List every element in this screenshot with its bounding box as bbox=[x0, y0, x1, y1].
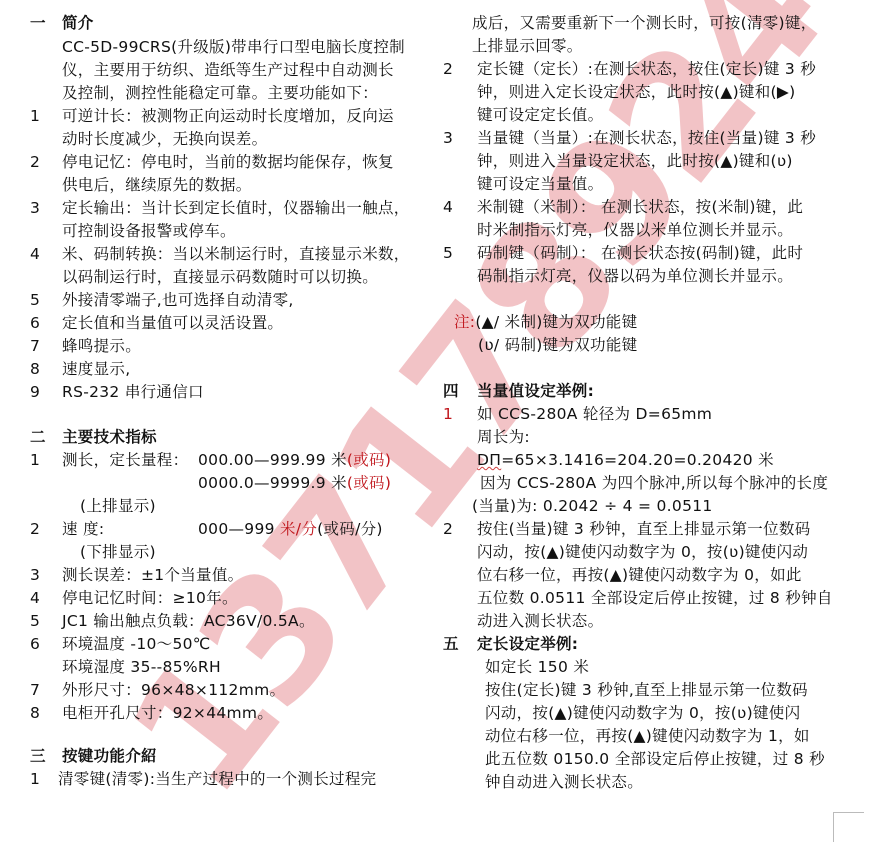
item-number: 2 bbox=[30, 518, 40, 541]
section-5-title: 定长设定举例: bbox=[477, 633, 578, 656]
item-number: 8 bbox=[30, 702, 40, 725]
key-description: 键可设定当量值。 bbox=[477, 173, 603, 196]
section-3-index: 三 bbox=[30, 745, 46, 768]
item-number: 3 bbox=[443, 127, 453, 150]
item-number: 4 bbox=[30, 243, 40, 266]
page-corner-mark bbox=[833, 812, 864, 842]
item-number: 2 bbox=[443, 58, 453, 81]
item-number: 5 bbox=[30, 289, 40, 312]
feature-item: 外接清零端子,也可选择自动清零, bbox=[62, 289, 294, 312]
item-number: 7 bbox=[30, 679, 40, 702]
key-description: 上排显示回零。 bbox=[472, 35, 583, 58]
item-number: 9 bbox=[30, 381, 40, 404]
feature-item: 定长值和当量值可以灵活设置。 bbox=[62, 312, 283, 335]
key-description: 清零键(清零):当生产过程中的一个测长过程完 bbox=[58, 768, 376, 791]
example-line: 如 CCS-280A 轮径为 D=65mm bbox=[477, 403, 712, 426]
item-number: 4 bbox=[443, 196, 453, 219]
key-description: 米制键（米制）： 在测长状态，按(米制)键，此 bbox=[477, 196, 803, 219]
spec-item: 测长误差：±1个当量值。 bbox=[62, 564, 243, 587]
item-number: 3 bbox=[30, 564, 40, 587]
formula-line: DΠ=65×3.1416=204.20=0.20420 米 bbox=[477, 449, 774, 472]
example-line: 钟自动进入测长状态。 bbox=[485, 771, 643, 794]
item-number: 7 bbox=[30, 335, 40, 358]
example-line: 位右移一位，再按(▲)键使闪动数字为 0，如此 bbox=[477, 564, 802, 587]
key-description: 当量键（当量）:在测长状态，按住(当量)键 3 秒 bbox=[477, 127, 816, 150]
feature-item: 供电后，继续原先的数据。 bbox=[62, 174, 252, 197]
example-line: 按住(当量)键 3 秒钟，直至上排显示第一位数码 bbox=[477, 518, 811, 541]
item-number: 2 bbox=[30, 151, 40, 174]
spec-item: 停电记忆时间：≥10年。 bbox=[62, 587, 238, 610]
section-1-title: 简介 bbox=[62, 12, 94, 35]
spec-item: 环境湿度 35--85%RH bbox=[62, 656, 221, 679]
display-note: (下排显示) bbox=[80, 541, 156, 564]
key-description: 码制键（码制）： 在测长状态按(码制)键，此时 bbox=[477, 242, 803, 265]
item-number: 1 bbox=[30, 449, 40, 472]
example-line: 闪动，按(▲)键使闪动数字为 0，按(ʋ)键使闪动 bbox=[477, 541, 808, 564]
example-line: 周长为: bbox=[477, 426, 530, 449]
item-number: 6 bbox=[30, 633, 40, 656]
feature-item: RS-232 串行通信口 bbox=[62, 381, 204, 404]
feature-item: 停电记忆：停电时，当前的数据均能保存，恢复 bbox=[62, 151, 394, 174]
item-number: 6 bbox=[30, 312, 40, 335]
spec-item: JC1 输出触点负载：AC36V/0.5A。 bbox=[62, 610, 315, 633]
spec-item: 外形尺寸：96×48×112mm。 bbox=[62, 679, 285, 702]
note-line: (ʋ/ 码制)键为双功能键 bbox=[478, 334, 637, 357]
section-4-title: 当量值设定举例: bbox=[477, 380, 594, 403]
spec-range: 000.00—999.99 米(或码) bbox=[198, 449, 391, 472]
feature-item: 米、码制转换：当以米制运行时，直接显示米数， bbox=[62, 243, 410, 266]
section-2-title: 主要技术指标 bbox=[62, 426, 157, 449]
feature-item: 可逆计长：被测物正向运动时长度增加，反向运 bbox=[62, 105, 394, 128]
item-number: 1 bbox=[443, 403, 453, 426]
note-line: 注:(▲/ 米制)键为双功能键 bbox=[454, 311, 637, 334]
spec-range: 0000.0—9999.9 米(或码) bbox=[198, 472, 391, 495]
item-number: 2 bbox=[443, 518, 453, 541]
intro-line: 及控制，测控性能稳定可靠。主要功能如下： bbox=[62, 82, 378, 105]
section-3-title: 按键功能介紹 bbox=[62, 745, 157, 768]
example-line: 闪动，按(▲)键使闪动数字为 0，按(ʋ)键使闪 bbox=[485, 702, 800, 725]
example-line: 因为 CCS-280A 为四个脉冲,所以每个脉冲的长度 bbox=[480, 472, 828, 495]
example-line: 动位右移一位，再按(▲)键使闪动数字为 1，如 bbox=[485, 725, 810, 748]
key-description: 成后，又需要重新下一个测长时，可按(清零)键， bbox=[472, 12, 817, 35]
section-1-index: 一 bbox=[30, 12, 46, 35]
item-number: 4 bbox=[30, 587, 40, 610]
intro-line: 仪，主要用于纺织、造纸等生产过程中自动测长 bbox=[62, 59, 394, 82]
item-number: 8 bbox=[30, 358, 40, 381]
intro-line: CC-5D-99CRS(升级版)带串行口型电脑长度控制 bbox=[62, 36, 405, 59]
item-number: 5 bbox=[30, 610, 40, 633]
key-description: 钟，则进入定长设定状态，此时按(▲)键和(▶) bbox=[477, 81, 795, 104]
feature-item: 速度显示, bbox=[62, 358, 130, 381]
example-line: 如定长 150 米 bbox=[485, 656, 589, 679]
section-4-index: 四 bbox=[443, 380, 459, 403]
example-line: 动进入测长状态。 bbox=[477, 610, 603, 633]
feature-item: 可控制设备报警或停车。 bbox=[62, 220, 236, 243]
key-description: 定长键（定长）:在测长状态，按住(定长)键 3 秒 bbox=[477, 58, 816, 81]
example-line: 按住(定长)键 3 秒钟,直至上排显示第一位数码 bbox=[485, 679, 808, 702]
feature-item: 动时长度减少，无换向误差。 bbox=[62, 128, 267, 151]
feature-item: 蜂鸣提示。 bbox=[62, 335, 141, 358]
example-line: 此五位数 0150.0 全部设定后停止按键，过 8 秒 bbox=[485, 748, 825, 771]
key-description: 钟，则进入当量设定状态，此时按(▲)键和(ʋ) bbox=[477, 150, 793, 173]
display-note: (上排显示) bbox=[80, 495, 156, 518]
example-line: 五位数 0.0511 全部设定后停止按键，过 8 秒钟自 bbox=[477, 587, 833, 610]
section-5-index: 五 bbox=[443, 633, 459, 656]
spec-speed: 000—999 米/分(或码/分) bbox=[198, 518, 383, 541]
spec-item: 电柜开孔尺寸：92×44mm。 bbox=[62, 702, 273, 725]
feature-item: 定长输出：当计长到定长值时，仪器输出一触点， bbox=[62, 197, 410, 220]
example-line: (当量)为: 0.2042 ÷ 4 = 0.0511 bbox=[472, 495, 713, 518]
section-2-index: 二 bbox=[30, 426, 46, 449]
spec-label: 测长，定长量程： bbox=[62, 449, 188, 472]
feature-item: 以码制运行时，直接显示码数随时可以切换。 bbox=[62, 266, 378, 289]
key-description: 时米制指示灯亮，仪器以米单位测长并显示。 bbox=[477, 219, 793, 242]
item-number: 3 bbox=[30, 197, 40, 220]
key-description: 键可设定定长值。 bbox=[477, 104, 603, 127]
spec-label: 速 度: bbox=[62, 518, 104, 541]
key-description: 码制指示灯亮，仪器以码为单位测长并显示。 bbox=[477, 265, 793, 288]
document-page: 13717892471 一 简介 CC-5D-99CRS(升级版)带串行口型电脑… bbox=[0, 0, 887, 842]
item-number: 1 bbox=[30, 768, 40, 791]
spec-item: 环境温度 -10～50℃ bbox=[62, 633, 210, 656]
item-number: 1 bbox=[30, 105, 40, 128]
item-number: 5 bbox=[443, 242, 453, 265]
